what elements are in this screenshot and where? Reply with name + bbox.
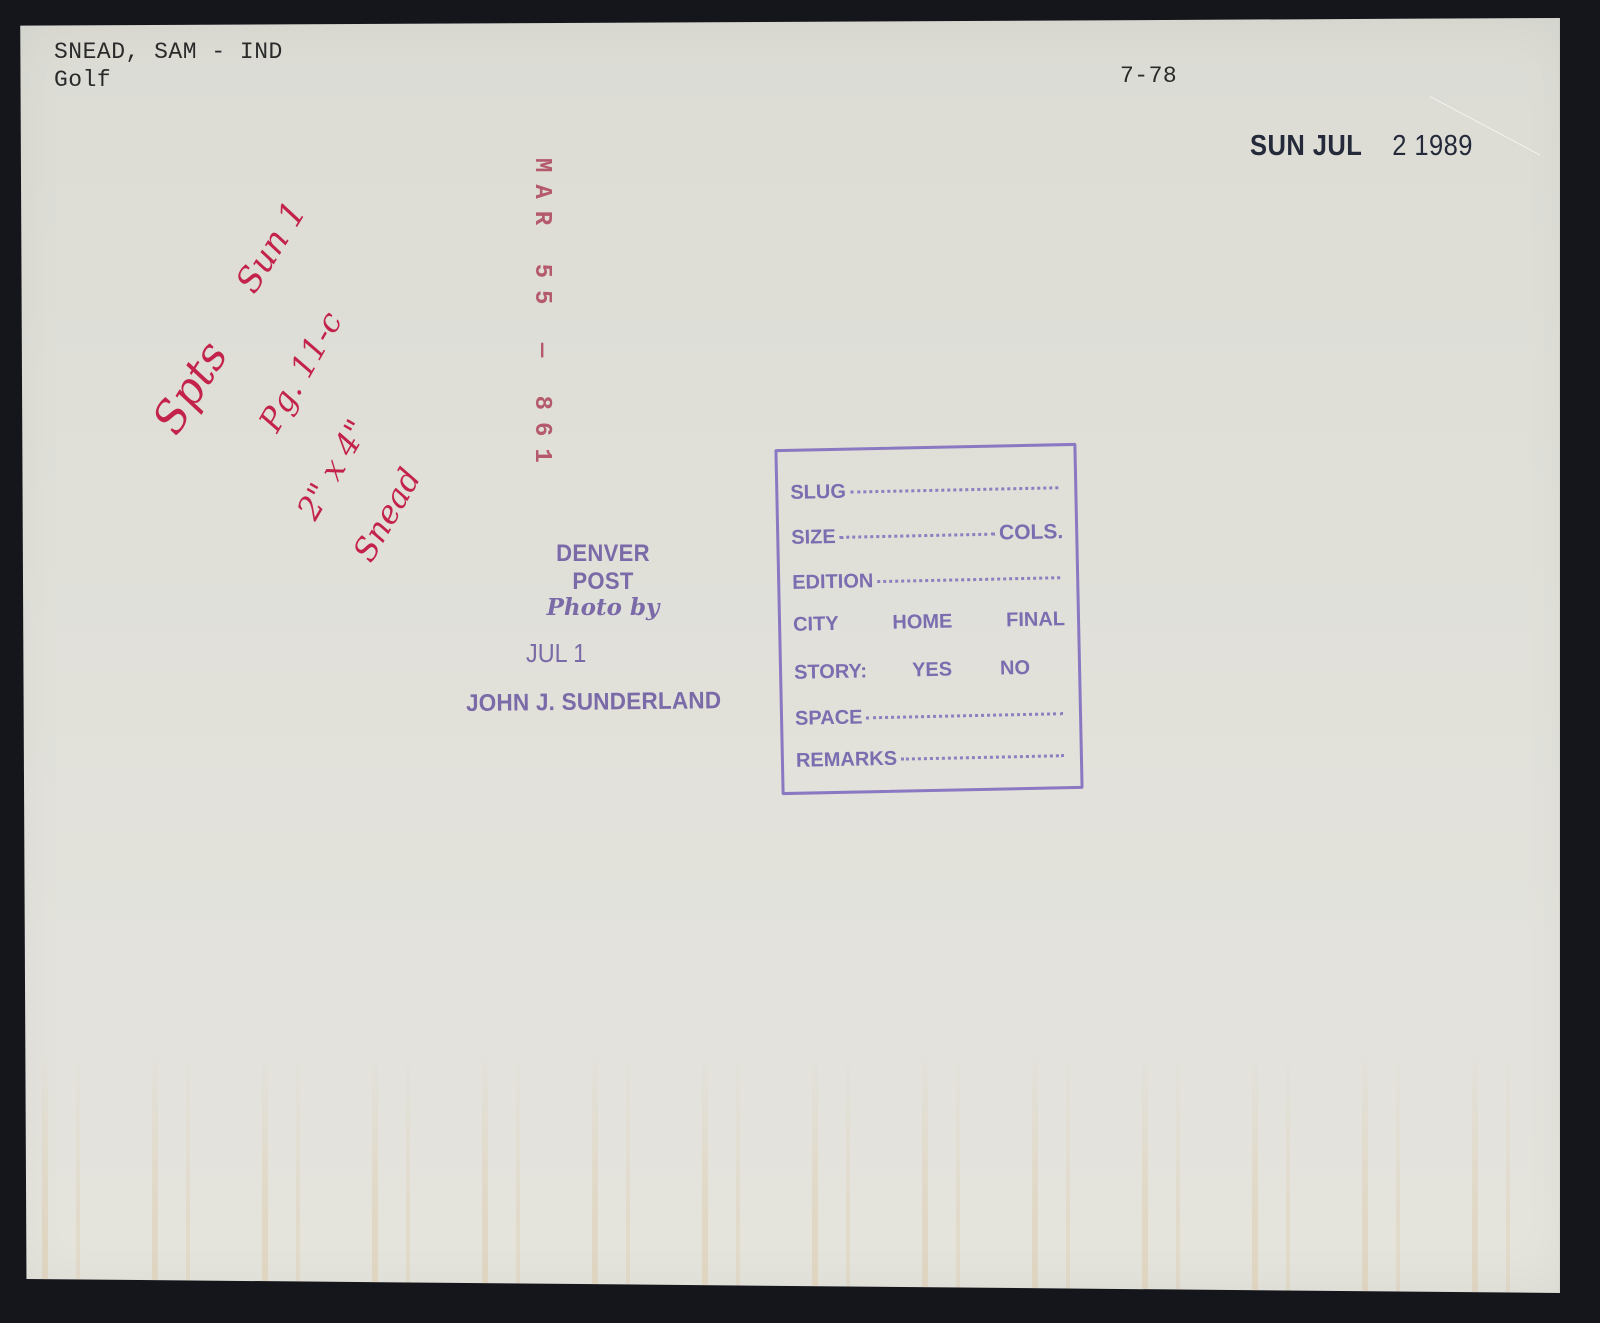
date-stamp-day-month: SUN JUL: [1250, 130, 1362, 162]
size-line: [840, 533, 995, 539]
typed-category: Golf: [54, 66, 283, 94]
story-label: STORY:: [794, 659, 912, 684]
edition-line: [877, 576, 1060, 583]
form-row-edition: EDITION: [792, 566, 1064, 595]
size-label: SIZE: [791, 526, 836, 550]
slug-line: [850, 486, 1058, 493]
edition-option-home: HOME: [892, 611, 952, 635]
typed-label: SNEAD, SAM - IND Golf: [54, 38, 283, 94]
form-row-slug: SLUG: [790, 476, 1062, 505]
typed-subject: SNEAD, SAM - IND: [54, 38, 283, 66]
typed-file-code: 7-78: [1120, 62, 1177, 90]
slug-label: SLUG: [790, 481, 846, 505]
size-suffix: COLS.: [999, 520, 1064, 545]
form-row-space: SPACE: [795, 702, 1067, 731]
date-stamp-date-year: 2 1989: [1392, 130, 1473, 162]
remarks-line: [901, 754, 1064, 760]
edition-option-city: CITY: [793, 613, 839, 637]
photo-by-label: Photo by: [518, 594, 688, 621]
remarks-label: REMARKS: [796, 748, 898, 773]
space-label: SPACE: [795, 706, 863, 730]
editorial-form-stamp: SLUG SIZE COLS. EDITION CITY HOME FINAL …: [774, 443, 1083, 795]
edition-label: EDITION: [792, 570, 874, 595]
form-row-story: STORY: YES NO: [794, 656, 1066, 685]
date-stamp: SUN JUL2 1989: [1250, 130, 1473, 163]
credit-date: JUL 1: [526, 638, 586, 669]
space-line: [866, 712, 1063, 719]
story-option-no: NO: [1000, 657, 1030, 681]
photographer-name: JOHN J. SUNDERLAND: [466, 687, 722, 718]
vertical-stamp: MAR 55 — 861: [528, 158, 555, 475]
form-row-remarks: REMARKS: [796, 744, 1068, 773]
form-row-edition-options: CITY HOME FINAL: [793, 608, 1065, 637]
photo-credit-stamp: DENVER POST Photo by: [518, 540, 688, 621]
form-row-size: SIZE COLS.: [791, 520, 1063, 550]
story-option-yes: YES: [912, 658, 1000, 683]
edition-option-final: FINAL: [1006, 608, 1065, 632]
newspaper-name: DENVER POST: [525, 540, 681, 596]
